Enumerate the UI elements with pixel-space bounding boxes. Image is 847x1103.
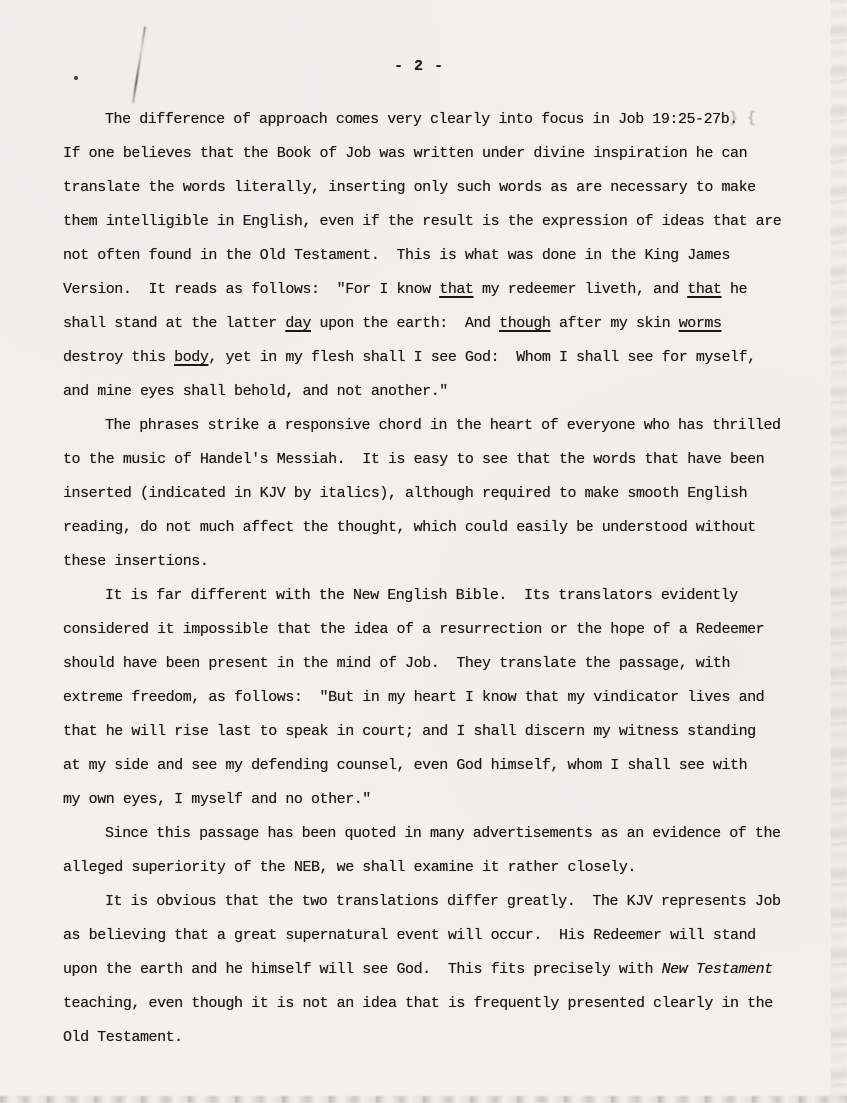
text-line: shall stand at the latter day upon the e…	[63, 307, 803, 341]
text-segment: that he will rise last to speak in court…	[63, 723, 756, 740]
text-segment: If one believes that the Book of Job was…	[63, 145, 747, 162]
text-segment: extreme freedom, as follows: "But in my …	[63, 689, 764, 706]
text-line: Old Testament.	[63, 1021, 803, 1055]
text-segment: It is far different with the New English…	[105, 587, 738, 604]
text-line: It is far different with the New English…	[63, 579, 803, 613]
text-segment: he	[722, 281, 748, 298]
text-segment: Since this passage has been quoted in ma…	[105, 825, 781, 842]
scan-artifact-dot	[74, 76, 78, 80]
text-line: Version. It reads as follows: "For I kno…	[63, 273, 803, 307]
text-segment: The phrases strike a responsive chord in…	[105, 417, 781, 434]
text-line: upon the earth and he himself will see G…	[63, 953, 803, 987]
text-line: alleged superiority of the NEB, we shall…	[63, 851, 803, 885]
text-line: considered it impossible that the idea o…	[63, 613, 803, 647]
text-segment: not often found in the Old Testament. Th…	[63, 247, 730, 264]
text-segment: It is obvious that the two translations …	[105, 893, 781, 910]
text-line: them intelligible in English, even if th…	[63, 205, 803, 239]
text-line: that he will rise last to speak in court…	[63, 715, 803, 749]
text-line: at my side and see my defending counsel,…	[63, 749, 803, 783]
text-line: should have been present in the mind of …	[63, 647, 803, 681]
text-line: extreme freedom, as follows: "But in my …	[63, 681, 803, 715]
text-line: Since this passage has been quoted in ma…	[63, 817, 803, 851]
text-line: The difference of approach comes very cl…	[63, 103, 803, 137]
scanned-document-page: } { - 2 - The difference of approach com…	[0, 0, 847, 1103]
text-line: destroy this body, yet in my flesh shall…	[63, 341, 803, 375]
underlined-text: day	[285, 315, 311, 332]
text-segment: these insertions.	[63, 553, 208, 570]
text-segment: alleged superiority of the NEB, we shall…	[63, 859, 636, 876]
text-segment: my redeemer liveth, and	[473, 281, 687, 298]
text-segment: them intelligible in English, even if th…	[63, 213, 781, 230]
underlined-text: though	[499, 315, 550, 332]
text-segment: upon the earth: And	[311, 315, 499, 332]
text-line: these insertions.	[63, 545, 803, 579]
text-segment: as believing that a great supernatural e…	[63, 927, 756, 944]
text-segment: inserted (indicated in KJV by italics), …	[63, 485, 747, 502]
text-line: inserted (indicated in KJV by italics), …	[63, 477, 803, 511]
text-segment: to the music of Handel's Messiah. It is …	[63, 451, 764, 468]
scan-artifact-bottom-edge-noise	[0, 1096, 847, 1103]
text-line: as believing that a great supernatural e…	[63, 919, 803, 953]
underlined-text: that	[439, 281, 473, 298]
document-lines: The difference of approach comes very cl…	[63, 103, 803, 1055]
underlined-text: worms	[679, 315, 722, 332]
text-segment: and mine eyes shall behold, and not anot…	[63, 383, 448, 400]
underlined-text: body	[174, 349, 208, 366]
text-segment: destroy this	[63, 349, 174, 366]
text-segment: should have been present in the mind of …	[63, 655, 730, 672]
page-number: - 2 -	[63, 58, 775, 75]
text-line: It is obvious that the two translations …	[63, 885, 803, 919]
text-segment: shall stand at the latter	[63, 315, 285, 332]
text-segment: teaching, even though it is not an idea …	[63, 995, 773, 1012]
text-line: reading, do not much affect the thought,…	[63, 511, 803, 545]
text-segment: translate the words literally, inserting…	[63, 179, 756, 196]
text-line: The phrases strike a responsive chord in…	[63, 409, 803, 443]
text-segment: my own eyes, I myself and no other."	[63, 791, 371, 808]
text-segment: upon the earth and he himself will see G…	[63, 961, 662, 978]
text-segment: at my side and see my defending counsel,…	[63, 757, 747, 774]
text-line: and mine eyes shall behold, and not anot…	[63, 375, 803, 409]
text-segment: considered it impossible that the idea o…	[63, 621, 764, 638]
scan-artifact-right-edge-noise	[831, 0, 847, 1103]
text-segment: reading, do not much affect the thought,…	[63, 519, 756, 536]
text-segment: Old Testament.	[63, 1029, 183, 1046]
text-line: my own eyes, I myself and no other."	[63, 783, 803, 817]
underlined-text: that	[687, 281, 721, 298]
text-line: not often found in the Old Testament. Th…	[63, 239, 803, 273]
text-line: If one believes that the Book of Job was…	[63, 137, 803, 171]
italic-text: New Testament	[662, 961, 773, 978]
text-line: translate the words literally, inserting…	[63, 171, 803, 205]
text-line: teaching, even though it is not an idea …	[63, 987, 803, 1021]
text-segment: Version. It reads as follows: "For I kno…	[63, 281, 439, 298]
text-segment: , yet in my flesh shall I see God: Whom …	[208, 349, 755, 366]
text-segment: The difference of approach comes very cl…	[105, 111, 738, 128]
text-segment: after my skin	[550, 315, 678, 332]
text-line: to the music of Handel's Messiah. It is …	[63, 443, 803, 477]
